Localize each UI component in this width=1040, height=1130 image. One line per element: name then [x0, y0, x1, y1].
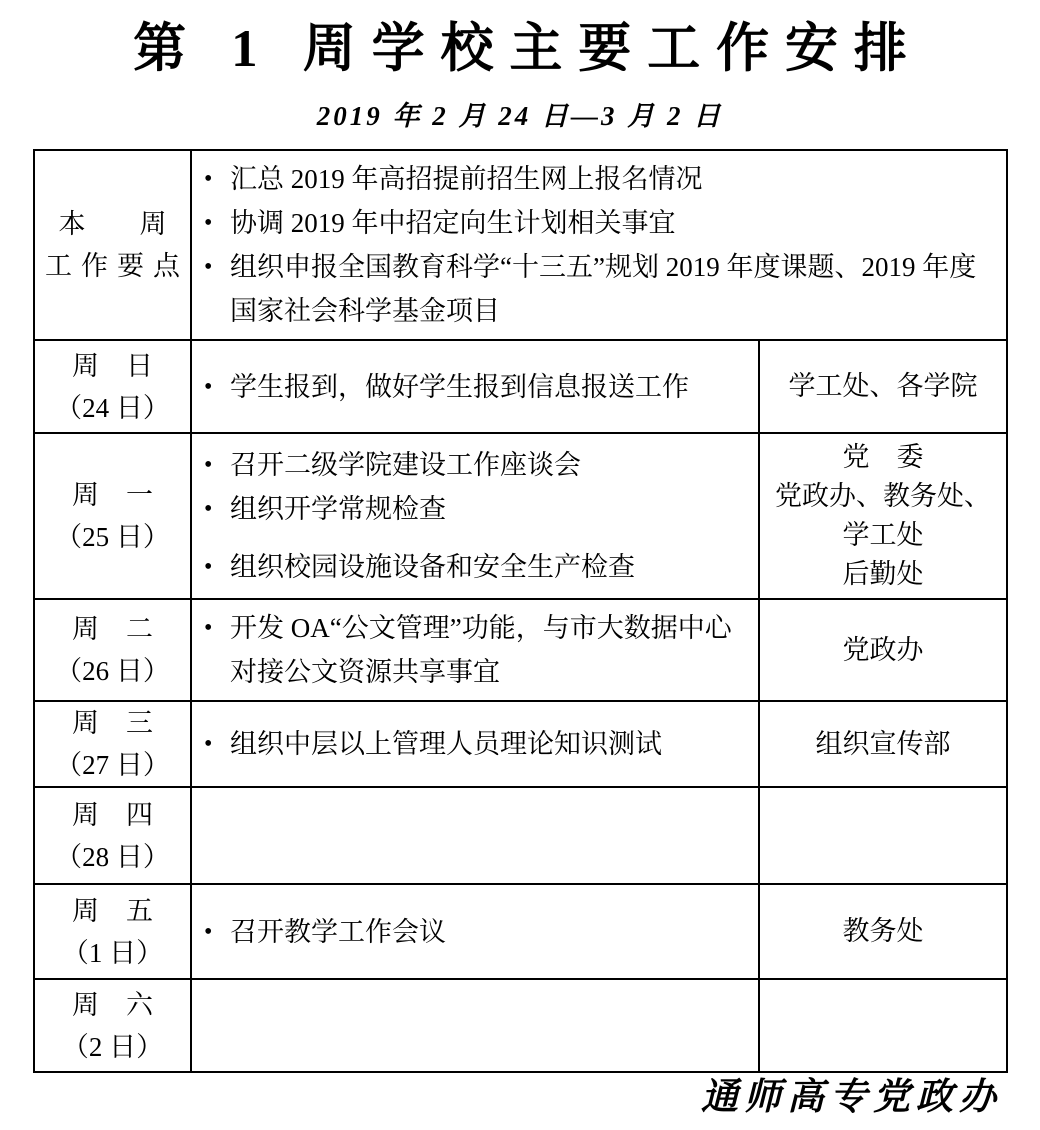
overview-label-cell: 本 周 工作要点 — [34, 150, 191, 340]
day-cell: 周 日 （24 日） — [34, 340, 191, 433]
task-text: 学生报到，做好学生报到信息报送工作 — [230, 365, 750, 409]
schedule-row-tuesday: 周 二 （26 日） • 开发 OA“公文管理”功能，与市大数据中心对接公文资源… — [34, 599, 1007, 701]
tasks-cell: • 召开二级学院建设工作座谈会 • 组织开学常规检查 • 组织校园设施设备和安全… — [191, 433, 759, 599]
day-label: 周 一 — [35, 474, 190, 516]
bullet-icon: • — [204, 606, 230, 650]
day-cell: 周 六 （2 日） — [34, 979, 191, 1072]
schedule-row-friday: 周 五 （1 日） • 召开教学工作会议 教务处 — [34, 884, 1007, 979]
schedule-row-thursday: 周 四 （28 日） — [34, 787, 1007, 884]
dept-line: 教务处 — [764, 912, 1002, 951]
schedule-row-saturday: 周 六 （2 日） — [34, 979, 1007, 1072]
day-date: （25 日） — [35, 516, 190, 558]
overview-label-line2: 工作要点 — [35, 245, 199, 287]
day-date: （28 日） — [35, 836, 190, 878]
task-text: 组织开学常规检查 — [230, 487, 750, 531]
task-item: • 组织开学常规检查 — [204, 487, 750, 531]
dept-cell — [759, 787, 1007, 884]
dept-cell: 党 委 党政办、教务处、 学工处 后勤处 — [759, 433, 1007, 599]
bullet-icon: • — [204, 157, 230, 201]
tasks-cell — [191, 979, 759, 1072]
bullet-icon: • — [204, 722, 230, 766]
task-item: • 组织申报全国教育科学“十三五”规划 2019 年度课题、2019 年度国家社… — [204, 245, 998, 333]
task-text: 组织校园设施设备和安全生产检查 — [230, 545, 750, 589]
day-cell: 周 五 （1 日） — [34, 884, 191, 979]
overview-label-line1: 本 周 — [35, 203, 190, 245]
tasks-cell: • 组织中层以上管理人员理论知识测试 — [191, 701, 759, 787]
dept-cell: 党政办 — [759, 599, 1007, 701]
day-date: （26 日） — [35, 650, 190, 692]
schedule-row-monday: 周 一 （25 日） • 召开二级学院建设工作座谈会 • 组织开学常规检查 • — [34, 433, 1007, 599]
bullet-icon: • — [204, 487, 230, 531]
task-item: • 组织中层以上管理人员理论知识测试 — [204, 722, 750, 766]
day-date: （2 日） — [35, 1026, 190, 1068]
schedule-row-wednesday: 周 三 （27 日） • 组织中层以上管理人员理论知识测试 组织宣传部 — [34, 701, 1007, 787]
task-text: 组织中层以上管理人员理论知识测试 — [230, 722, 750, 766]
task-text: 召开教学工作会议 — [230, 910, 750, 954]
dept-line: 学工处 — [764, 516, 1002, 555]
bullet-icon: • — [204, 545, 230, 589]
day-date: （27 日） — [35, 744, 190, 786]
tasks-cell: • 学生报到，做好学生报到信息报送工作 — [191, 340, 759, 433]
task-item: • 组织校园设施设备和安全生产检查 — [204, 545, 750, 589]
dept-line: 党政办 — [764, 631, 1002, 670]
day-cell: 周 三 （27 日） — [34, 701, 191, 787]
bullet-icon: • — [204, 365, 230, 409]
day-label: 周 日 — [35, 345, 190, 387]
bullet-icon: • — [204, 443, 230, 487]
tasks-cell: • 召开教学工作会议 — [191, 884, 759, 979]
dept-line: 后勤处 — [764, 555, 1002, 594]
date-range: 2019 年 2 月 24 日—3 月 2 日 — [0, 94, 1040, 133]
dept-line: 组织宣传部 — [764, 725, 1002, 764]
schedule-table: 本 周 工作要点 • 汇总 2019 年高招提前招生网上报名情况 • 协调 20… — [33, 149, 1008, 1073]
task-text: 协调 2019 年中招定向生计划相关事宜 — [230, 201, 998, 245]
day-label: 周 五 — [35, 890, 190, 932]
task-item: • 学生报到，做好学生报到信息报送工作 — [204, 365, 750, 409]
document-page: 第 1 周学校主要工作安排 2019 年 2 月 24 日—3 月 2 日 本 … — [0, 0, 1040, 1130]
tasks-cell — [191, 787, 759, 884]
dept-line: 党政办、教务处、 — [764, 477, 1002, 516]
task-item: • 协调 2019 年中招定向生计划相关事宜 — [204, 201, 998, 245]
schedule-row-sunday: 周 日 （24 日） • 学生报到，做好学生报到信息报送工作 学工处、各学院 — [34, 340, 1007, 433]
day-label: 周 二 — [35, 608, 190, 650]
bullet-icon: • — [204, 201, 230, 245]
day-date: （24 日） — [35, 387, 190, 429]
day-cell: 周 一 （25 日） — [34, 433, 191, 599]
tasks-cell: • 开发 OA“公文管理”功能，与市大数据中心对接公文资源共享事宜 — [191, 599, 759, 701]
day-label: 周 四 — [35, 794, 190, 836]
dept-line: 学工处、各学院 — [764, 367, 1002, 406]
day-cell: 周 二 （26 日） — [34, 599, 191, 701]
dept-line: 党 委 — [764, 438, 1002, 477]
spacer — [204, 531, 750, 545]
signature: 通师高专党政办 — [701, 1066, 1002, 1120]
task-item: • 召开二级学院建设工作座谈会 — [204, 443, 750, 487]
task-item: • 汇总 2019 年高招提前招生网上报名情况 — [204, 157, 998, 201]
task-text: 组织申报全国教育科学“十三五”规划 2019 年度课题、2019 年度国家社会科… — [230, 245, 998, 333]
task-text: 开发 OA“公文管理”功能，与市大数据中心对接公文资源共享事宜 — [230, 606, 750, 694]
day-cell: 周 四 （28 日） — [34, 787, 191, 884]
page-title: 第 1 周学校主要工作安排 — [0, 0, 1040, 82]
task-item: • 开发 OA“公文管理”功能，与市大数据中心对接公文资源共享事宜 — [204, 606, 750, 694]
dept-cell: 学工处、各学院 — [759, 340, 1007, 433]
bullet-icon: • — [204, 245, 230, 289]
task-item: • 召开教学工作会议 — [204, 910, 750, 954]
bullet-icon: • — [204, 910, 230, 954]
day-label: 周 六 — [35, 984, 190, 1026]
task-text: 召开二级学院建设工作座谈会 — [230, 443, 750, 487]
overview-tasks-cell: • 汇总 2019 年高招提前招生网上报名情况 • 协调 2019 年中招定向生… — [191, 150, 1007, 340]
day-label: 周 三 — [35, 702, 190, 744]
day-date: （1 日） — [35, 932, 190, 974]
task-text: 汇总 2019 年高招提前招生网上报名情况 — [230, 157, 998, 201]
overview-row: 本 周 工作要点 • 汇总 2019 年高招提前招生网上报名情况 • 协调 20… — [34, 150, 1007, 340]
dept-cell: 组织宣传部 — [759, 701, 1007, 787]
dept-cell — [759, 979, 1007, 1072]
dept-cell: 教务处 — [759, 884, 1007, 979]
